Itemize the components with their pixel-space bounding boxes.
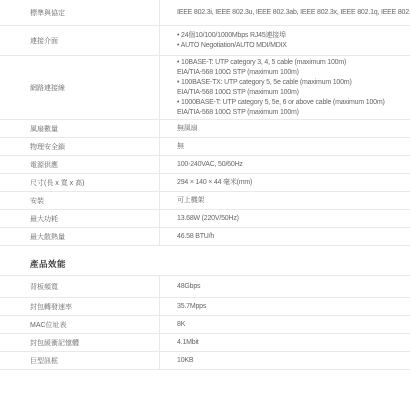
spec-value: 8K xyxy=(160,316,410,333)
table-row: 連接介面 • 24個10/100/1000Mbps RJ45連接埠 • AUTO… xyxy=(0,26,410,56)
spec-value: IEEE 802.3i, IEEE 802.3u, IEEE 802.3ab, … xyxy=(160,0,410,25)
spec-label: 連接介面 xyxy=(0,26,160,55)
table-row: 封包轉發速率 35.7Mpps xyxy=(0,298,410,316)
spec-value: 10KB xyxy=(160,352,410,369)
spec-value: • 10BASE-T: UTP category 3, 4, 5 cable (… xyxy=(160,56,410,119)
spec-value: 294 × 140 × 44 毫米(mm) xyxy=(160,174,410,191)
spec-value-line: 100-240VAC, 50/60Hz xyxy=(177,160,405,170)
spec-value: 13.68W (220V/50Hz) xyxy=(160,210,410,227)
table-row: 背板頻寬 48Gbps xyxy=(0,276,410,298)
section-header: 產品效能 xyxy=(0,246,410,275)
table-row: 尺寸(長 x 寬 x 高) 294 × 140 × 44 毫米(mm) xyxy=(0,174,410,192)
spec-value-line: • 100BASE-TX: UTP category 5, 5e cable (… xyxy=(177,78,405,88)
table-row: 最大功耗 13.68W (220V/50Hz) xyxy=(0,210,410,228)
spec-value: 4.1Mbit xyxy=(160,334,410,351)
table-row: 安裝 可上機架 xyxy=(0,192,410,210)
spec-value-line: 可上機架 xyxy=(177,196,405,206)
spec-value-line: • AUTO Negotiation/AUTO MDI/MDIX xyxy=(177,41,405,51)
spec-table-general: 標準與協定 IEEE 802.3i, IEEE 802.3u, IEEE 802… xyxy=(0,0,410,246)
spec-value-line: EIA/TIA-568 100Ω STP (maximum 100m) xyxy=(177,108,405,118)
table-row: 網路連接線 • 10BASE-T: UTP category 3, 4, 5 c… xyxy=(0,56,410,120)
spec-value-line: 35.7Mpps xyxy=(177,302,405,312)
table-row: 最大散熱量 46.58 BTU/h xyxy=(0,228,410,246)
spec-label: 電源供應 xyxy=(0,156,160,173)
spec-value-line: 13.68W (220V/50Hz) xyxy=(177,214,405,224)
spec-value-line: 48Gbps xyxy=(177,282,405,292)
spec-value-line: • 1000BASE-T: UTP category 5, 5e, 6 or a… xyxy=(177,98,405,108)
spec-label: 標準與協定 xyxy=(0,0,160,25)
spec-value: 100-240VAC, 50/60Hz xyxy=(160,156,410,173)
spec-label: 尺寸(長 x 寬 x 高) xyxy=(0,174,160,191)
spec-table-performance: 背板頻寬 48Gbps 封包轉發速率 35.7Mpps MAC位址表 8K 封包… xyxy=(0,275,410,370)
table-row: 物理安全鎖 無 xyxy=(0,138,410,156)
spec-value-line: EIA/TIA-568 100Ω STP (maximum 100m) xyxy=(177,88,405,98)
table-row: 標準與協定 IEEE 802.3i, IEEE 802.3u, IEEE 802… xyxy=(0,0,410,26)
spec-value-line: 294 × 140 × 44 毫米(mm) xyxy=(177,178,405,188)
spec-label: 最大散熱量 xyxy=(0,228,160,245)
spec-label: 網路連接線 xyxy=(0,56,160,119)
spec-value-line: IEEE 802.3i, IEEE 802.3u, IEEE 802.3ab, … xyxy=(177,8,405,18)
spec-label: 封包緩衝記憶體 xyxy=(0,334,160,351)
table-row: 電源供應 100-240VAC, 50/60Hz xyxy=(0,156,410,174)
table-row: MAC位址表 8K xyxy=(0,316,410,334)
spec-label: MAC位址表 xyxy=(0,316,160,333)
spec-value: 35.7Mpps xyxy=(160,298,410,315)
spec-value: 無 xyxy=(160,138,410,155)
spec-value: 可上機架 xyxy=(160,192,410,209)
spec-value: • 24個10/100/1000Mbps RJ45連接埠 • AUTO Nego… xyxy=(160,26,410,55)
spec-label: 封包轉發速率 xyxy=(0,298,160,315)
spec-value: 46.58 BTU/h xyxy=(160,228,410,245)
product-spec-page: 標準與協定 IEEE 802.3i, IEEE 802.3u, IEEE 802… xyxy=(0,0,410,410)
spec-label: 背板頻寬 xyxy=(0,276,160,297)
spec-value-line: EIA/TIA-568 100Ω STP (maximum 100m) xyxy=(177,68,405,78)
table-row: 封包緩衝記憶體 4.1Mbit xyxy=(0,334,410,352)
spec-value: 48Gbps xyxy=(160,276,410,297)
spec-label: 巨型訊框 xyxy=(0,352,160,369)
spec-label: 風扇數量 xyxy=(0,120,160,137)
spec-value-line: 4.1Mbit xyxy=(177,338,405,348)
section-title: 產品效能 xyxy=(30,258,66,270)
spec-value-line: 無風扇 xyxy=(177,124,405,134)
spec-value: 無風扇 xyxy=(160,120,410,137)
table-row: 巨型訊框 10KB xyxy=(0,352,410,370)
spec-value-line: 8K xyxy=(177,320,405,330)
spec-value-line: • 24個10/100/1000Mbps RJ45連接埠 xyxy=(177,31,405,41)
spec-label: 最大功耗 xyxy=(0,210,160,227)
spec-label: 物理安全鎖 xyxy=(0,138,160,155)
table-row: 風扇數量 無風扇 xyxy=(0,120,410,138)
spec-value-line: 46.58 BTU/h xyxy=(177,232,405,242)
spec-value-line: 10KB xyxy=(177,356,405,366)
spec-label: 安裝 xyxy=(0,192,160,209)
spec-value-line: 無 xyxy=(177,142,405,152)
spec-value-line: • 10BASE-T: UTP category 3, 4, 5 cable (… xyxy=(177,58,405,68)
